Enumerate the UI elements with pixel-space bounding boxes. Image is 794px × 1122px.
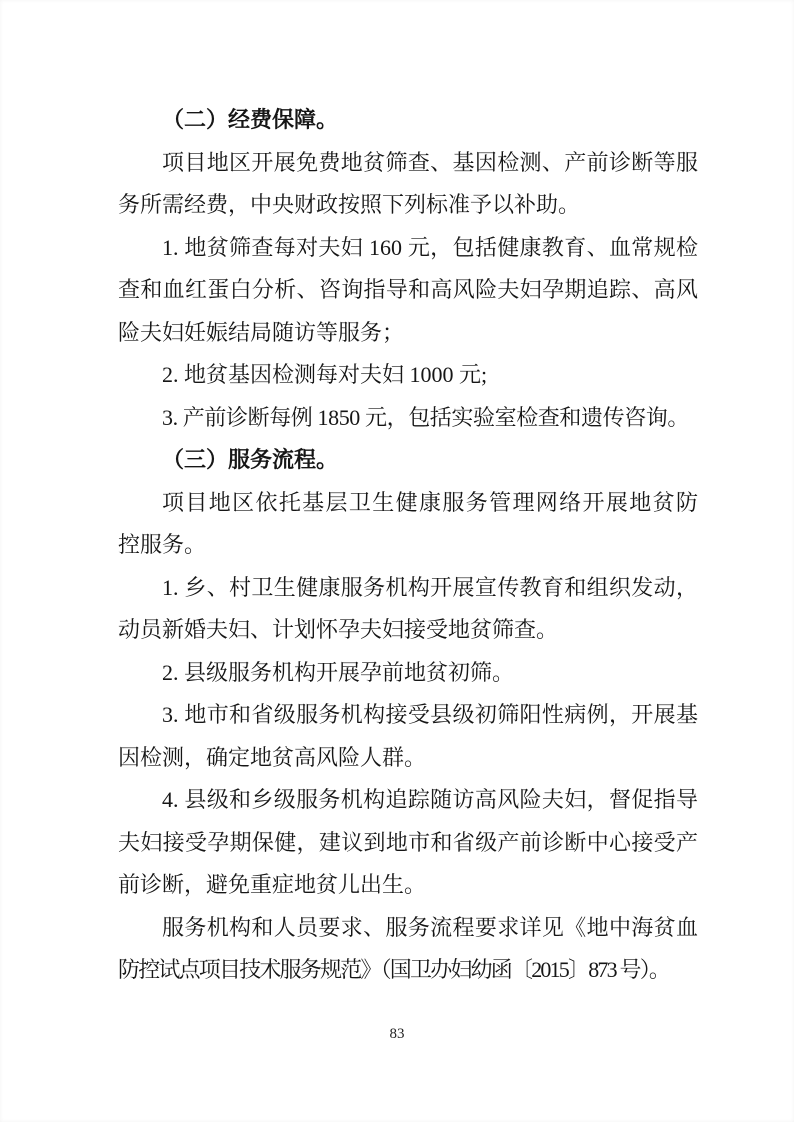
section-heading-workflow: （三）服务流程。 bbox=[118, 439, 698, 482]
text-line: 3. 产前诊断每例 1850 元，包括实验室检查和遗传咨询。 bbox=[118, 397, 698, 440]
text-line: 2. 地贫基因检测每对夫妇 1000 元; bbox=[118, 354, 698, 397]
text-line: 3. 地市和省级服务机构接受县级初筛阳性病例，开展基 bbox=[118, 694, 698, 737]
text-line: 1. 乡、村卫生健康服务机构开展宣传教育和组织发动， bbox=[118, 567, 698, 610]
text-line: 夫妇接受孕期保健，建议到地市和省级产前诊断中心接受产 bbox=[118, 822, 698, 865]
text-line: 前诊断，避免重症地贫儿出生。 bbox=[118, 864, 698, 907]
text-line: 因检测，确定地贫高风险人群。 bbox=[118, 737, 698, 780]
text-line: 2. 县级服务机构开展孕前地贫初筛。 bbox=[118, 652, 698, 695]
text-line: 项目地区依托基层卫生健康服务管理网络开展地贫防 bbox=[118, 482, 698, 525]
section-heading-funding: （二）经费保障。 bbox=[118, 99, 698, 142]
text-line: 动员新婚夫妇、计划怀孕夫妇接受地贫筛查。 bbox=[118, 609, 698, 652]
text-line: 控服务。 bbox=[118, 524, 698, 567]
text-line: 务所需经费，中央财政按照下列标准予以补助。 bbox=[118, 184, 698, 227]
document-page: （二）经费保障。 项目地区开展免费地贫筛查、基因检测、产前诊断等服 务所需经费，… bbox=[0, 0, 794, 1122]
text-line: 4. 县级和乡级服务机构追踪随访高风险夫妇，督促指导 bbox=[118, 779, 698, 822]
text-line: 险夫妇妊娠结局随访等服务； bbox=[118, 312, 698, 355]
document-body: （二）经费保障。 项目地区开展免费地贫筛查、基因检测、产前诊断等服 务所需经费，… bbox=[118, 99, 698, 992]
text-line: 服务机构和人员要求、服务流程要求详见《地中海贫血 bbox=[118, 907, 698, 950]
text-line: 项目地区开展免费地贫筛查、基因检测、产前诊断等服 bbox=[118, 142, 698, 185]
text-line: 防控试点项目技术服务规范》（国卫办妇幼函〔2015〕873 号）。 bbox=[118, 949, 698, 992]
page-number: 83 bbox=[0, 1024, 794, 1044]
text-line: 1. 地贫筛查每对夫妇 160 元，包括健康教育、血常规检 bbox=[118, 227, 698, 270]
text-line: 查和血红蛋白分析、咨询指导和高风险夫妇孕期追踪、高风 bbox=[118, 269, 698, 312]
